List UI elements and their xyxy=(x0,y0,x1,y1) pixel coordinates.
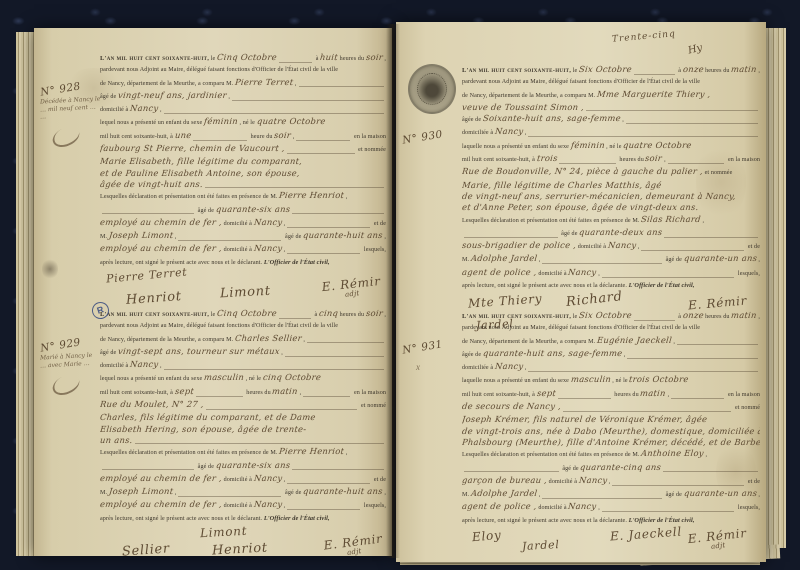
printed-form-text: , xyxy=(672,337,675,348)
left-page-edges xyxy=(16,32,34,556)
act-line: de vingt-neuf ans, serrurier-mécanicien,… xyxy=(462,191,760,202)
printed-form-text: domicilié à xyxy=(222,219,254,230)
handwritten-text: Elisabeth Hering, son épouse, âgée de tr… xyxy=(100,424,307,435)
handwritten-text: Nancy xyxy=(494,126,524,137)
act-line: âgé de quarante-six ans xyxy=(100,204,386,217)
printed-form-text: , xyxy=(344,192,347,203)
printed-form-text: , xyxy=(293,79,296,90)
form-rule xyxy=(563,411,731,412)
margin-paraph xyxy=(50,123,83,151)
form-rule xyxy=(287,253,360,254)
act-line: agent de police , domicilié à Nancy , le… xyxy=(462,267,760,280)
printed-form-text: en la maison xyxy=(726,390,760,401)
form-rule xyxy=(303,396,350,397)
handwritten-text: soir xyxy=(365,52,383,63)
form-rule xyxy=(542,263,662,264)
act-line: âgée de quarante-huit ans, sage-femme , xyxy=(462,348,760,361)
form-rule xyxy=(634,320,675,321)
form-rule xyxy=(205,187,384,188)
signatures: EloyJardelE. JaeckellE. Rémiradjt xyxy=(462,527,760,570)
handwritten-text: sous-brigadier de police , xyxy=(462,240,577,251)
handwritten-text: Charles Sellier xyxy=(234,333,302,344)
printed-form-text: mil huit cent soixante-huit, à xyxy=(100,388,175,399)
handwritten-text: Cinq Octobre xyxy=(216,308,277,319)
printed-form-text: lesquels, xyxy=(362,245,386,256)
act-line: Rue de Boudonville, N° 24, pièce à gauch… xyxy=(462,166,760,179)
form-rule xyxy=(668,163,725,164)
handwritten-text: Marie Elisabeth, fille légitime du compa… xyxy=(100,156,303,167)
handwritten-text: matin xyxy=(640,388,667,399)
printed-form-text: , xyxy=(158,105,161,116)
signature: Pierre Terret xyxy=(106,266,188,286)
act-line: M. Adolphe Jardel , âgé de quarante-un a… xyxy=(462,488,760,501)
act-line: de Nancy, département de la Meurthe, a c… xyxy=(100,77,386,90)
printed-form-text: en la maison xyxy=(352,388,386,399)
handwritten-text: âgée de vingt-huit ans. xyxy=(100,179,203,190)
printed-form-text: âgé de xyxy=(664,490,684,501)
act-text: L'an mil huit cent soixante-huit, le Six… xyxy=(462,64,762,342)
entry-margin: N° 930 xyxy=(402,64,462,342)
act-line: de Nancy, département de la Meurthe, a c… xyxy=(462,89,760,102)
printed-form-text: , xyxy=(757,312,760,323)
handwritten-text: vingt-sept ans, tourneur sur métaux xyxy=(117,346,280,357)
form-rule xyxy=(602,511,734,512)
handwritten-text: onze xyxy=(682,64,704,75)
form-rule xyxy=(292,213,384,214)
form-rule xyxy=(102,213,194,214)
handwritten-text: garçon de bureau , xyxy=(462,475,548,486)
handwritten-text: employé au chemin de fer , xyxy=(100,473,223,484)
left-page: N° 928Décédée à Nancy le… mil neuf cent … xyxy=(34,28,392,556)
printed-form-text: , xyxy=(537,490,540,501)
act-line: M. Adolphe Jardel , âgé de quarante-un a… xyxy=(462,253,760,266)
handwritten-text: soir xyxy=(274,130,292,141)
printed-form-text: Lesquelles déclaration et présentation o… xyxy=(100,448,279,459)
printed-form-text: L'an mil huit cent soixante-huit, xyxy=(462,311,571,322)
handwritten-text: et d'Anne Peter, son épouse, âgée de vin… xyxy=(462,202,699,213)
printed-form-text: âgé de xyxy=(560,229,580,240)
handwritten-text: de vingt-neuf ans, serrurier-mécanicien,… xyxy=(462,191,736,202)
printed-form-text: et nommé xyxy=(359,401,386,412)
act-line: employé au chemin de fer , domicilié à N… xyxy=(100,217,386,230)
handwritten-text: Nancy xyxy=(129,103,159,114)
printed-form-text: , xyxy=(173,488,176,499)
handwritten-text: Joseph Limont xyxy=(108,230,173,241)
printed-form-text: en la maison xyxy=(352,132,386,143)
margin-paraph xyxy=(50,371,83,399)
printed-form-text: pardevant nous Adjoint au Maire, délégué… xyxy=(100,321,338,332)
act-line: pardevant nous Adjoint au Maire, délégué… xyxy=(100,321,386,332)
embossed-stamp xyxy=(408,64,456,114)
margin-mark: x xyxy=(416,362,462,372)
act-line: âgé de quarante-deux ans xyxy=(462,227,760,240)
printed-form-text: , xyxy=(636,242,639,253)
printed-form-text: heures du xyxy=(338,310,366,321)
act-text: L'an mil huit cent soixante-huit, le Cin… xyxy=(100,52,388,319)
form-rule xyxy=(671,398,724,399)
act-text: L'an mil huit cent soixante-huit, le Cin… xyxy=(100,308,388,570)
printed-form-text: , xyxy=(537,255,540,266)
act-line: domicilié à Nancy , xyxy=(100,103,386,116)
handwritten-text: quatre Octobre xyxy=(623,140,693,151)
printed-form-text: et de xyxy=(746,242,760,253)
birth-act-entry: N° 930L'an mil huit cent soixante-huit, … xyxy=(402,64,762,342)
printed-form-text: , xyxy=(621,115,624,126)
printed-form-text: M. xyxy=(462,255,471,266)
printed-form-text: , né le xyxy=(604,142,623,153)
act-line: âgé de quarante-six ans xyxy=(100,460,386,473)
handwritten-text: quatre Octobre xyxy=(256,116,326,127)
act-text: L'an mil huit cent soixante-huit, le Six… xyxy=(462,310,762,570)
signature: E. Rémiradjt xyxy=(323,532,384,560)
act-line: âgé de quarante-cinq ans xyxy=(462,462,760,475)
handwritten-text: de secours de Nancy , xyxy=(462,401,562,412)
form-rule xyxy=(296,140,350,141)
act-line: et de Pauline Elisabeth Antoine, son épo… xyxy=(100,168,386,179)
birth-act-entry: N° 931xL'an mil huit cent soixante-huit,… xyxy=(402,310,762,570)
form-rule xyxy=(196,396,243,397)
handwritten-text: sept xyxy=(536,388,556,399)
printed-form-text: âgé de xyxy=(100,348,118,359)
form-rule xyxy=(602,277,734,278)
signature: Sellier xyxy=(122,541,171,559)
printed-form-text: lesquels, xyxy=(736,503,760,514)
form-rule xyxy=(528,371,758,372)
handwritten-text: quarante-six ans xyxy=(215,460,291,471)
signature: E. Rémiradjt xyxy=(321,274,382,301)
form-rule xyxy=(464,471,559,472)
printed-form-text: domicilié à xyxy=(222,501,254,512)
handwritten-text: employé au chemin de fer , xyxy=(100,217,223,228)
act-line: sous-brigadier de police , domicilié à N… xyxy=(462,240,760,253)
printed-form-text: de Nancy, département de la Meurthe, a c… xyxy=(462,337,597,348)
printed-form-text: L'an mil huit cent soixante-huit, xyxy=(100,309,209,320)
form-rule xyxy=(285,356,384,357)
handwritten-text: Nancy xyxy=(129,359,159,370)
form-rule xyxy=(664,237,758,238)
form-rule xyxy=(164,113,384,114)
handwritten-text: quarante-deux ans xyxy=(579,227,664,238)
form-rule xyxy=(232,100,384,101)
form-rule xyxy=(559,163,616,164)
printed-form-text: domicilié à xyxy=(222,475,254,486)
printed-form-text: , né le xyxy=(238,118,257,129)
act-line: garçon de bureau , domicilié à Nancy , e… xyxy=(462,475,760,488)
form-rule xyxy=(287,227,370,228)
handwritten-text: Anthoine Eloy xyxy=(641,448,705,459)
form-rule xyxy=(299,86,384,87)
act-line: L'an mil huit cent soixante-huit, le Six… xyxy=(462,310,760,323)
birth-act-entry: N° 928Décédée à Nancy le… mil neuf cent … xyxy=(40,52,388,319)
printed-form-text: heures du xyxy=(618,155,646,166)
act-line: Lesquelles déclaration et présentation o… xyxy=(100,446,386,459)
printed-form-text: pardevant nous Adjoint au Maire, délégué… xyxy=(462,77,700,88)
signature: Henriot xyxy=(212,541,268,559)
act-line: Joseph Krémer, fils naturel de Véronique… xyxy=(462,414,760,425)
printed-form-text: , xyxy=(622,350,625,361)
form-rule xyxy=(279,318,311,319)
printed-form-text: Lesquelles déclaration et présentation o… xyxy=(100,192,279,203)
act-line: employé au chemin de fer , domicilié à N… xyxy=(100,499,386,512)
handwritten-text: matin xyxy=(731,64,758,75)
printed-form-text: et de xyxy=(746,477,760,488)
handwritten-text: un ans. xyxy=(100,435,133,446)
printed-form-text: , xyxy=(173,232,176,243)
printed-form-text: domicilié à xyxy=(547,477,579,488)
form-rule xyxy=(677,344,758,345)
handwritten-text: Joseph Krémer, fils naturel de Véronique… xyxy=(462,414,708,425)
signature: E. Rémiradjt xyxy=(687,526,748,553)
signature-qualifier: adjt xyxy=(325,544,385,559)
printed-form-text: âgé de xyxy=(100,92,118,103)
form-rule xyxy=(164,369,384,370)
printed-form-text: mil huit cent soixante-huit, à xyxy=(100,132,175,143)
printed-form-text: , xyxy=(227,92,230,103)
form-rule xyxy=(292,469,384,470)
signature: Henriot xyxy=(126,289,183,308)
handwritten-text: trois Octobre xyxy=(629,374,690,385)
form-rule xyxy=(634,74,675,75)
act-line: lequel nous a présenté un enfant du sexe… xyxy=(100,116,386,129)
act-line: Charles, fils légitime du comparant, et … xyxy=(100,412,386,423)
act-line: M. Joseph Limont , âgé de quarante-huit … xyxy=(100,230,386,243)
printed-form-text: et nommée xyxy=(703,168,732,179)
entry-margin: N° 928Décédée à Nancy le… mil neuf cent … xyxy=(40,52,100,319)
printed-form-text: , xyxy=(666,390,669,401)
act-line: mil huit cent soixante-huit, à trois heu… xyxy=(462,153,760,166)
act-number: N° 931 xyxy=(401,335,462,356)
printed-form-text: , xyxy=(701,216,704,227)
act-line: de secours de Nancy , et nommé xyxy=(462,401,760,414)
printed-form-text: domicilié à xyxy=(537,503,569,514)
handwritten-text: Nancy xyxy=(568,501,598,512)
printed-form-text: Lesquelles déclaration et présentation o… xyxy=(462,450,641,461)
printed-form-text: , xyxy=(523,128,526,139)
handwritten-text: Charles, fils légitime du comparant, et … xyxy=(100,412,316,423)
printed-form-text: heure du xyxy=(249,132,274,143)
printed-form-text: , xyxy=(663,155,666,166)
signature: Limont xyxy=(200,524,248,540)
act-line: Lesquelles déclaration et présentation o… xyxy=(462,214,760,227)
act-line: domiciliée à Nancy , xyxy=(462,126,760,139)
act-line: Marie Elisabeth, fille légitime du compa… xyxy=(100,156,386,167)
printed-form-text: de Nancy, département de la Meurthe, a c… xyxy=(100,335,235,346)
handwritten-text: vingt-neuf ans, jardinier xyxy=(117,90,227,101)
handwritten-text: Nancy xyxy=(253,499,283,510)
right-page-edges xyxy=(766,28,786,548)
form-rule xyxy=(558,398,611,399)
entry-margin: N° 931x xyxy=(402,310,462,570)
printed-form-text: et de xyxy=(372,219,386,230)
form-rule xyxy=(626,123,758,124)
printed-form-text: L'Officier de l'État civil, xyxy=(264,513,330,524)
act-line: laquelle nous a présenté un enfant du se… xyxy=(462,374,760,387)
act-line: Lesquelles déclaration et présentation o… xyxy=(100,190,386,203)
printed-form-text: M. xyxy=(100,488,109,499)
printed-form-text: heures du xyxy=(245,388,273,399)
form-rule xyxy=(287,483,370,484)
handwritten-text: Nancy xyxy=(568,267,598,278)
act-line: domicilié à Nancy , xyxy=(100,359,386,372)
entry-margin: RN° 929Marié à Nancy le… avec Marie … xyxy=(40,308,100,570)
act-line: après lecture, ont signé le présent acte… xyxy=(462,515,760,527)
handwritten-text: Rue de Boudonville, N° 24, pièce à gauch… xyxy=(462,166,704,177)
printed-form-text: domicilié à xyxy=(100,105,130,116)
handwritten-text: soir xyxy=(365,308,383,319)
act-line: domiciliée à Nancy , xyxy=(462,361,760,374)
printed-form-text: , xyxy=(158,361,161,372)
printed-form-text: L'an mil huit cent soixante-huit, xyxy=(100,53,209,64)
handwritten-text: féminin xyxy=(203,116,238,127)
handwritten-text: Silas Richard xyxy=(641,214,702,225)
act-line: employé au chemin de fer , domicilié à N… xyxy=(100,243,386,256)
printed-form-text: , né le xyxy=(244,374,263,385)
form-rule xyxy=(612,485,744,486)
form-rule xyxy=(178,496,281,497)
printed-form-text: et de xyxy=(372,475,386,486)
printed-form-text: de Nancy, département de la Meurthe, a c… xyxy=(100,79,235,90)
handwritten-text: Nancy xyxy=(253,217,283,228)
printed-form-text: , xyxy=(597,503,600,514)
printed-form-text: heures du xyxy=(703,66,731,77)
stamp-figure-icon xyxy=(417,73,447,105)
handwritten-text: cinq xyxy=(318,308,338,319)
act-line: un ans. xyxy=(100,435,386,446)
handwritten-text: Cinq Octobre xyxy=(216,52,277,63)
form-rule xyxy=(287,509,360,510)
handwritten-text: et de Pauline Elisabeth Antoine, son épo… xyxy=(100,168,300,179)
act-line: veuve de Toussaint Simon , xyxy=(462,102,760,113)
act-line: de Nancy, département de la Meurthe, a c… xyxy=(100,333,386,346)
handwritten-text: sept xyxy=(174,386,194,397)
handwritten-text: matin xyxy=(731,310,758,321)
handwritten-text: masculin xyxy=(203,372,244,383)
form-rule xyxy=(307,342,384,343)
handwritten-text: Pierre Terret xyxy=(234,77,294,88)
handwritten-text: Nancy xyxy=(253,473,283,484)
act-number: N° 930 xyxy=(401,125,462,146)
book-gutter-shadow xyxy=(386,24,400,558)
handwritten-text: Rue du Moulet, N° 27 , xyxy=(100,399,204,410)
printed-form-text: âgé de xyxy=(196,462,216,473)
act-line: de Nancy, département de la Meurthe, a c… xyxy=(462,335,760,348)
form-rule xyxy=(542,498,662,499)
form-rule xyxy=(663,471,758,472)
signature-qualifier: adjt xyxy=(688,539,748,553)
act-line: L'an mil huit cent soixante-huit, le Cin… xyxy=(100,52,386,65)
act-line: Phalsbourg (Meurthe), fille d'Antoine Kr… xyxy=(462,437,760,448)
act-line: agent de police , domicilié à Nancy , le… xyxy=(462,501,760,514)
handwritten-text: Phalsbourg (Meurthe), fille d'Antoine Kr… xyxy=(462,437,760,448)
handwritten-text: quarante-un ans xyxy=(683,488,757,499)
printed-form-text: M. xyxy=(462,490,471,501)
printed-form-text: lesquels, xyxy=(362,501,386,512)
printed-form-text: de Nancy, département de la Meurthe, a c… xyxy=(462,91,597,102)
handwritten-text: quarante-huit ans, sage-femme xyxy=(482,348,623,359)
form-rule xyxy=(287,153,355,154)
act-line: mil huit cent soixante-huit, à une heure… xyxy=(100,130,386,143)
handwritten-text: Adolphe Jardel xyxy=(470,253,538,264)
printed-form-text: lequel nous a présenté un enfant du sexe xyxy=(100,118,204,129)
printed-form-text: , xyxy=(298,388,301,399)
printed-form-text: domicilié à xyxy=(100,361,130,372)
handwritten-text: une xyxy=(174,130,192,141)
printed-form-text: heures du xyxy=(703,312,731,323)
printed-form-text: âgé de xyxy=(561,464,581,475)
act-line: âgé de vingt-neuf ans, jardinier , xyxy=(100,90,386,103)
signature: Limont xyxy=(220,284,271,302)
handwritten-text: Nancy xyxy=(578,475,608,486)
act-line: après lecture, ont signé le présent acte… xyxy=(100,257,386,269)
act-line: Lesquelles déclaration et présentation o… xyxy=(462,448,760,461)
printed-form-text: âgée de xyxy=(462,350,483,361)
handwritten-text: agent de police , xyxy=(462,267,537,278)
form-rule xyxy=(178,240,281,241)
handwritten-text: Nancy xyxy=(607,240,637,251)
printed-form-text: mil huit cent soixante-huit, à xyxy=(462,390,537,401)
handwritten-text: Soixante-huit ans, sage-femme xyxy=(482,113,621,124)
handwritten-text: Adolphe Jardel xyxy=(470,488,538,499)
printed-form-text: , xyxy=(597,269,600,280)
act-line: L'an mil huit cent soixante-huit, le Cin… xyxy=(100,308,386,321)
act-line: et d'Anne Peter, son épouse, âgée de vin… xyxy=(462,202,760,213)
act-line: Rue du Moulet, N° 27 , et nommé xyxy=(100,399,386,412)
printed-form-text: domicilié à xyxy=(537,269,569,280)
signature: Jardel xyxy=(522,538,560,553)
printed-form-text: , xyxy=(291,132,294,143)
form-rule xyxy=(627,358,758,359)
handwritten-text: Six Octobre xyxy=(578,64,632,75)
printed-form-text: lesquels, xyxy=(736,269,760,280)
handwritten-text: Pierre Henriot xyxy=(279,446,345,457)
printed-form-text: L'an mil huit cent soixante-huit, xyxy=(462,65,571,76)
printed-form-text: , xyxy=(704,450,707,461)
handwritten-text: Pierre Henriot xyxy=(279,190,345,201)
handwritten-text: Mme Marguerite Thiery , xyxy=(596,89,711,100)
handwritten-text: Marie, fille légitime de Charles Matthis… xyxy=(462,180,662,191)
act-line: employé au chemin de fer , domicilié à N… xyxy=(100,473,386,486)
printed-form-text: laquelle nous a présenté un enfant du se… xyxy=(462,142,571,153)
printed-form-text: L'Officier de l'État civil, xyxy=(629,515,695,526)
handwritten-text: employé au chemin de fer , xyxy=(100,499,223,510)
printed-form-text: L'Officier de l'État civil, xyxy=(264,257,330,268)
printed-form-text: pardevant nous Adjoint au Maire, délégué… xyxy=(462,323,700,334)
printed-form-text: domiciliée à xyxy=(462,128,495,139)
form-rule xyxy=(102,469,194,470)
handwritten-text: onze xyxy=(682,310,704,321)
printed-form-text: âgée de xyxy=(462,115,483,126)
act-line: lequel nous a présenté un enfant du sexe… xyxy=(100,372,386,385)
act-line: mil huit cent soixante-huit, à sept heur… xyxy=(462,388,760,401)
printed-form-text: , xyxy=(523,363,526,374)
signature: E. Jaeckell xyxy=(610,525,683,544)
form-rule xyxy=(464,237,558,238)
handwritten-text: quarante-huit ans xyxy=(302,486,383,497)
act-line: mil huit cent soixante-huit, à sept heur… xyxy=(100,386,386,399)
handwritten-text: masculin xyxy=(570,374,611,385)
signature: Mte Thiery xyxy=(468,292,543,311)
handwritten-text: veuve de Toussaint Simon , xyxy=(462,102,585,113)
form-rule xyxy=(193,140,247,141)
printed-form-text: âgé de xyxy=(664,255,684,266)
handwritten-text: employé au chemin de fer , xyxy=(100,243,223,254)
act-line: M. Joseph Limont , âgé de quarante-huit … xyxy=(100,486,386,499)
printed-form-text: heures du xyxy=(338,54,366,65)
printed-form-text: heures du xyxy=(613,390,641,401)
act-line: Marie, fille légitime de Charles Matthis… xyxy=(462,180,760,191)
form-rule xyxy=(586,110,758,111)
handwritten-text: matin xyxy=(272,386,299,397)
